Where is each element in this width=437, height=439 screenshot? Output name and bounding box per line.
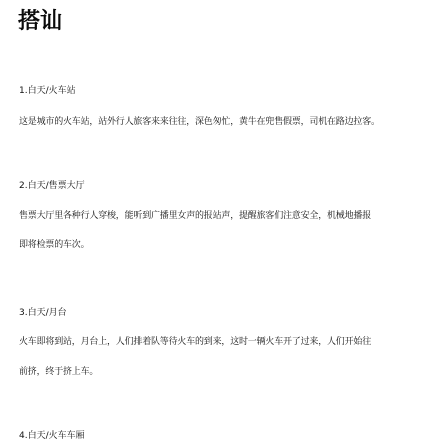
page-title: 搭讪 [18, 8, 62, 36]
scene-3-paragraph-line-2: 前挤，终于挤上车。 [19, 366, 98, 378]
scene-3-paragraph-line-1: 火车即将到站，月台上，人们排着队等待火车的到来，这时一辆火车开了过来，人们开始往 [19, 336, 371, 348]
scene-2-paragraph-line-2: 即将检票的车次。 [19, 239, 89, 251]
scene-2-paragraph-line-1: 售票大厅里各种行人穿梭，能听到广播里女声的报站声，提醒旅客们注意安全，机械地播报 [19, 210, 371, 222]
scene-1-paragraph-line-1: 这是城市的火车站，站外行人旅客来来往往，深色匆忙，黄牛在兜售假票，司机在路边拉客… [19, 116, 380, 128]
scene-heading-4: 4.白天/火车车厢 [19, 430, 85, 439]
scene-heading-3: 3.白天/月台 [19, 307, 67, 319]
scene-heading-1: 1.白天/火车站 [19, 85, 76, 97]
scene-heading-2: 2.白天/售票大厅 [19, 180, 85, 192]
